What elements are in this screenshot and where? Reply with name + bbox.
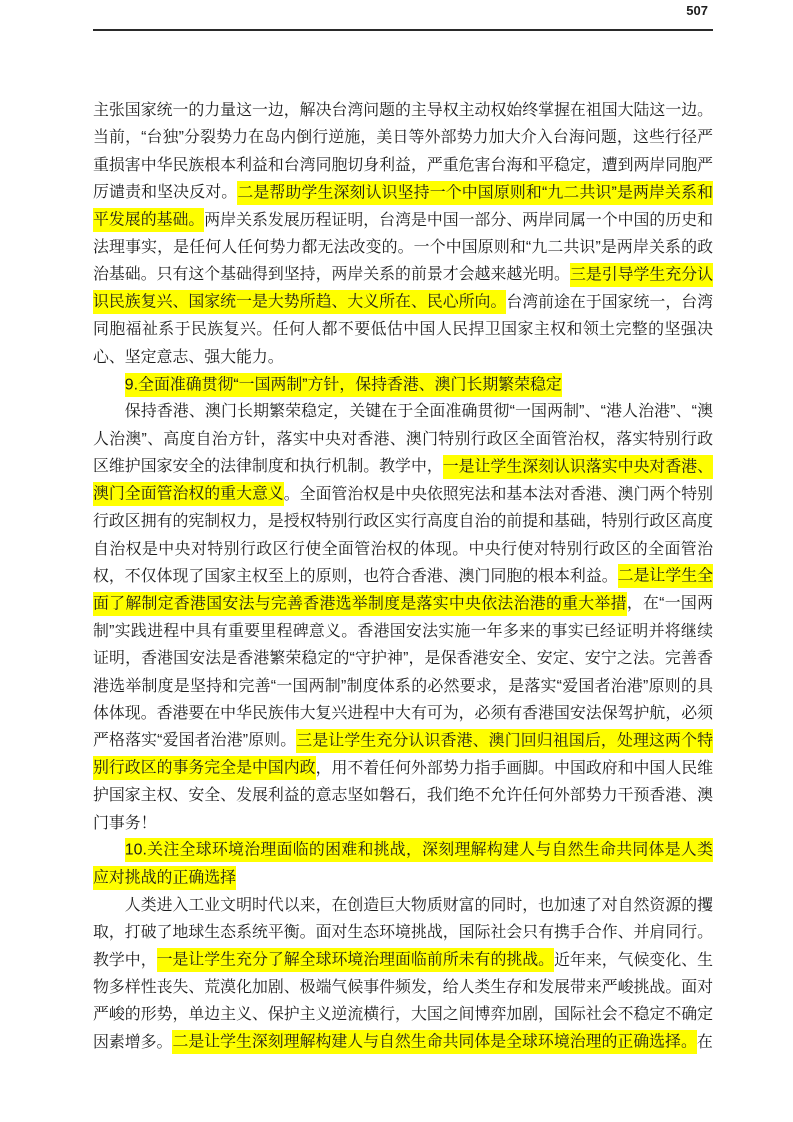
paragraph-hongkong-macao: 保持香港、澳门长期繁荣稳定，关键在于全面准确贯彻“一国两制”、“港人治港”、“澳…	[93, 398, 713, 837]
section-heading-9: 9.全面准确贯彻“一国两制”方针，保持香港、澳门长期繁荣稳定	[93, 371, 713, 398]
text-run: 在	[697, 1034, 713, 1051]
paragraph-taiwan-continuation: 主张国家统一的力量这一边，解决台湾问题的主导权主动权始终掌握在祖国大陆这一边。当…	[93, 97, 713, 371]
text-run: ，在“一国两制”实践进程中具有重要里程碑意义。香港国安法实施一年多来的事实已经证…	[93, 595, 713, 749]
page-content: 主张国家统一的力量这一边，解决台湾问题的主导权主动权始终掌握在祖国大陆这一边。当…	[93, 97, 713, 1056]
section-heading-10: 10.关注全球环境治理面临的困难和挑战，深刻理解构建人与自然生命共同体是人类应对…	[93, 837, 713, 892]
highlighted-text-run: 二是让学生深刻理解构建人与自然生命共同体是全球环境治理的正确选择。	[172, 1030, 696, 1054]
highlighted-text-run: 9.全面准确贯彻“一国两制”方针，保持香港、澳门长期繁荣稳定	[125, 373, 562, 397]
highlighted-text-run: 10.关注全球环境治理面临的困难和挑战，深刻理解构建人与自然生命共同体是人类应对…	[93, 838, 713, 889]
highlighted-text-run: 一是让学生充分了解全球环境治理面临前所未有的挑战。	[157, 948, 554, 972]
paragraph-global-environment: 人类进入工业文明时代以来，在创造巨大物质财富的同时，也加速了对自然资源的攫取，打…	[93, 892, 713, 1056]
document-page: 507 主张国家统一的力量这一边，解决台湾问题的主导权主动权始终掌握在祖国大陆这…	[0, 0, 793, 1122]
header-rule	[93, 29, 713, 31]
page-number: 507	[686, 3, 708, 18]
